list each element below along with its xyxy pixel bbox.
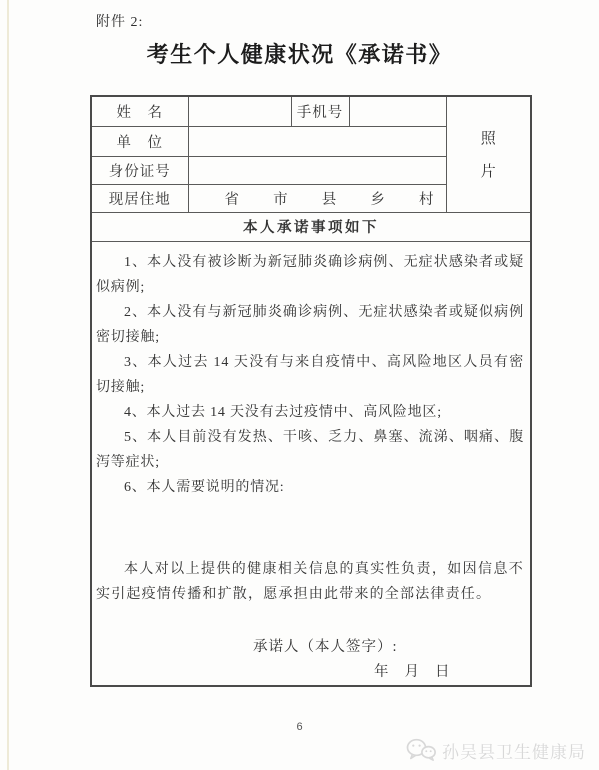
page-number: 6 bbox=[0, 721, 599, 733]
watermark: 孙吴县卫生健康局 bbox=[405, 737, 586, 763]
id-value-cell bbox=[188, 156, 446, 184]
watermark-text: 孙吴县卫生健康局 bbox=[442, 738, 586, 763]
photo-char-1: 照 bbox=[481, 127, 496, 148]
unit-value-cell bbox=[188, 126, 446, 156]
commit-item-1: 1、本人没有被诊断为新冠肺炎确诊病例、无症状感染者或疑似病例; bbox=[96, 250, 524, 300]
declaration-paragraph: 本人对以上提供的健康相关信息的真实性负责，如因信息不实引起疫情传播和扩散，愿承担… bbox=[96, 557, 524, 607]
id-label: 身份证号 bbox=[91, 156, 188, 184]
residence-label: 现居住地 bbox=[91, 184, 188, 212]
residence-unit-township: 乡 bbox=[370, 188, 385, 209]
photo-label: 照 片 bbox=[447, 127, 531, 181]
commitments-cell: 1、本人没有被诊断为新冠肺炎确诊病例、无症状感染者或疑似病例; 2、本人没有与新… bbox=[91, 241, 531, 686]
health-form-table: 姓 名 手机号 照 片 单 位 身份证号 现居住地 省 市 县 乡 村 bbox=[90, 95, 532, 687]
unit-label: 单 位 bbox=[91, 126, 188, 156]
commit-item-4: 4、本人过去 14 天没有去过疫情中、高风险地区; bbox=[96, 400, 524, 425]
date-line: 年 月 日 bbox=[374, 660, 524, 685]
attachment-label: 附件 2: bbox=[96, 11, 143, 31]
photo-char-2: 片 bbox=[481, 160, 496, 181]
commit-item-5: 5、本人目前没有发热、干咳、乏力、鼻塞、流涕、咽痛、腹泻等症状; bbox=[96, 425, 524, 475]
name-value-cell bbox=[188, 96, 291, 126]
commit-item-6: 6、本人需要说明的情况: bbox=[96, 475, 524, 500]
date-day-label: 日 bbox=[435, 660, 450, 685]
date-year-label: 年 bbox=[374, 660, 389, 685]
phone-value-cell bbox=[349, 96, 446, 126]
residence-value-cell: 省 市 县 乡 村 bbox=[188, 184, 446, 212]
commit-item-2: 2、本人没有与新冠肺炎确诊病例、无症状感染者或疑似病例密切接触; bbox=[96, 300, 524, 350]
date-month-label: 月 bbox=[405, 660, 420, 685]
commit-item-3: 3、本人过去 14 天没有与来自疫情中、高风险地区人员有密切接触; bbox=[96, 350, 524, 400]
wechat-logo-icon bbox=[405, 737, 437, 763]
residence-units: 省 市 县 乡 村 bbox=[189, 188, 446, 209]
phone-label: 手机号 bbox=[291, 96, 349, 126]
residence-unit-county: 县 bbox=[322, 188, 337, 209]
row-name-phone: 姓 名 手机号 照 片 bbox=[91, 96, 531, 126]
photo-cell: 照 片 bbox=[446, 96, 531, 212]
signer-label: 承诺人（本人签字）: bbox=[253, 635, 524, 660]
residence-unit-province: 省 bbox=[225, 188, 240, 209]
row-commitments: 1、本人没有被诊断为新冠肺炎确诊病例、无症状感染者或疑似病例; 2、本人没有与新… bbox=[91, 241, 531, 686]
name-label: 姓 名 bbox=[91, 96, 188, 126]
residence-unit-village: 村 bbox=[419, 188, 434, 209]
row-section-header: 本人承诺事项如下 bbox=[91, 212, 531, 241]
residence-unit-city: 市 bbox=[273, 188, 288, 209]
page-title: 考生个人健康状况《承诺书》 bbox=[0, 38, 599, 69]
scan-edge-artifact bbox=[7, 0, 9, 770]
section-header: 本人承诺事项如下 bbox=[91, 212, 531, 241]
